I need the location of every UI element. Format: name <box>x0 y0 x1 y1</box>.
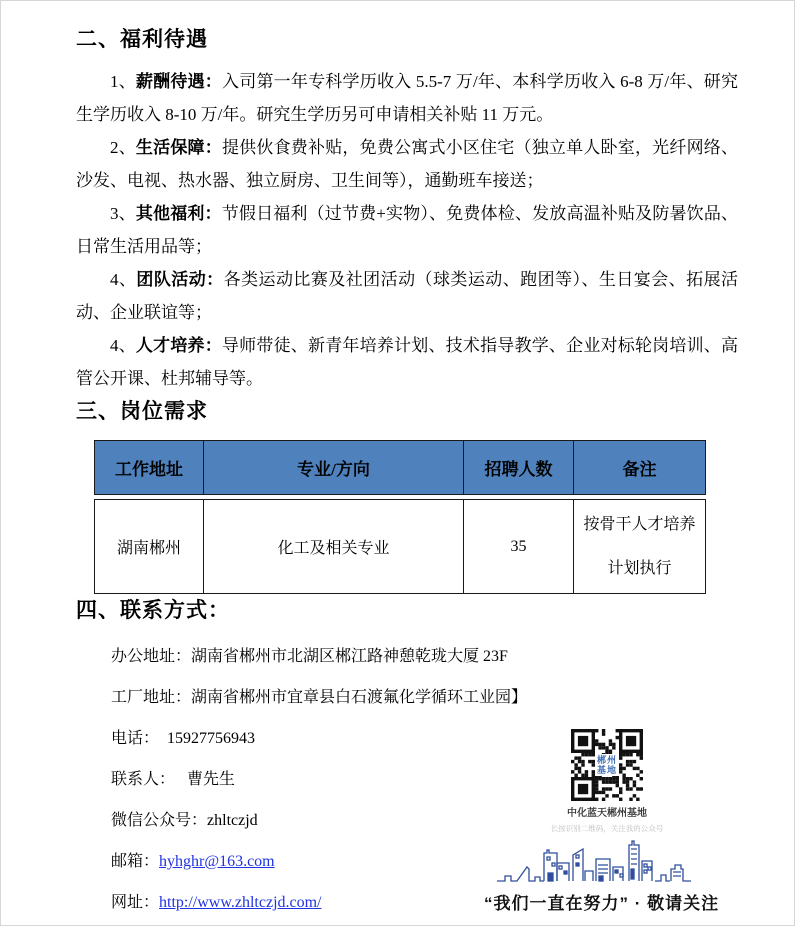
contact-email: 邮箱：hyhghr@163.com <box>111 841 551 882</box>
item-number: 3、 <box>110 204 136 223</box>
document-page: 二、福利待遇 1、薪酬待遇：入司第一年专科学历收入 5.5-7 万/年、本科学历… <box>1 1 795 926</box>
qr-center-line2: 基地 <box>597 765 617 775</box>
contact-value: 湖南省郴州市宜章县白石渡氟化学循环工业园】 <box>191 689 527 706</box>
positions-table: 工作地址 专业/方向 招聘人数 备注 湖南郴州 化工及相关专业 35 按骨干人才… <box>94 440 706 594</box>
wechat-qr-card: 郴州 基地 中化蓝天郴州基地 长按识别二维码，关注我的公众号 <box>539 729 675 833</box>
welfare-paragraph: 4、人才培养：导师带徒、新青年培养计划、技术指导教学、企业对标轮岗培训、高管公开… <box>76 329 738 395</box>
table-header-remark: 备注 <box>574 441 705 494</box>
contact-value: 湖南省郴州市北湖区郴江路神憩乾珑大厦 23F <box>191 648 508 665</box>
contact-person: 联系人： 曹先生 <box>111 759 551 800</box>
welfare-paragraph: 4、团队活动：各类运动比赛及社团活动（球类运动、跑团等）、生日宴会、拓展活动、企… <box>76 263 738 329</box>
section-title-welfare: 二、福利待遇 <box>76 23 738 55</box>
skyline-image <box>495 839 725 889</box>
contact-label: 网址： <box>111 894 159 911</box>
welfare-paragraph: 2、生活保障：提供伙食费补贴，免费公寓式小区住宅（独立单人卧室，光纤网络、沙发、… <box>76 131 738 197</box>
section-title-contact: 四、联系方式： <box>76 594 738 626</box>
contact-list: 办公地址：湖南省郴州市北湖区郴江路神憩乾珑大厦 23F 工厂地址：湖南省郴州市宜… <box>111 636 551 923</box>
contact-value: 15927756943 <box>159 730 255 747</box>
item-number: 2、 <box>110 138 136 157</box>
table-header-major: 专业/方向 <box>204 441 464 494</box>
qr-code: 郴州 基地 <box>571 729 643 801</box>
contact-value: zhltczjd <box>207 812 258 829</box>
contact-label: 办公地址： <box>111 648 191 665</box>
qr-subcaption: 长按识别二维码，关注我的公众号 <box>539 824 675 833</box>
city-skyline-graphic <box>495 839 725 894</box>
footer-slogan: “我们一直在努力” · 敬请关注 <box>484 889 784 914</box>
table-row: 湖南郴州 化工及相关专业 35 按骨干人才培养计划执行 <box>94 499 706 594</box>
contact-value: 曹先生 <box>175 771 235 788</box>
item-term: 生活保障： <box>136 138 222 157</box>
email-link[interactable]: hyhghr@163.com <box>159 853 275 870</box>
qr-center-label: 郴州 基地 <box>595 754 619 776</box>
table-cell-headcount: 35 <box>464 500 574 593</box>
contact-factory-address: 工厂地址：湖南省郴州市宜章县白石渡氟化学循环工业园】 <box>111 677 551 718</box>
section-title-positions: 三、岗位需求 <box>76 395 738 427</box>
contact-label: 微信公众号： <box>111 812 207 829</box>
item-term: 其他福利： <box>136 204 222 223</box>
table-cell-location: 湖南郴州 <box>95 500 204 593</box>
contact-office-address: 办公地址：湖南省郴州市北湖区郴江路神憩乾珑大厦 23F <box>111 636 551 677</box>
contact-phone: 电话： 15927756943 <box>111 718 551 759</box>
qr-caption: 中化蓝天郴州基地 <box>539 808 675 820</box>
table-cell-remark: 按骨干人才培养计划执行 <box>574 500 705 593</box>
welfare-paragraph: 3、其他福利：节假日福利（过节费+实物）、免费体检、发放高温补贴及防暑饮品、日常… <box>76 197 738 263</box>
item-term: 团队活动： <box>136 270 223 289</box>
item-number: 4、 <box>110 336 136 355</box>
item-number: 4、 <box>110 270 136 289</box>
contact-label: 邮箱： <box>111 853 159 870</box>
contact-label: 电话： <box>111 730 159 747</box>
item-number: 1、 <box>110 72 136 91</box>
contact-label: 工厂地址： <box>111 689 191 706</box>
contact-wechat: 微信公众号：zhltczjd <box>111 800 551 841</box>
qr-center-line1: 郴州 <box>597 755 617 765</box>
item-term: 薪酬待遇： <box>136 72 222 91</box>
welfare-paragraph: 1、薪酬待遇：入司第一年专科学历收入 5.5-7 万/年、本科学历收入 6-8 … <box>76 65 738 131</box>
table-header-location: 工作地址 <box>95 441 204 494</box>
website-link[interactable]: http://www.zhltczjd.com/ <box>159 894 321 911</box>
table-header-headcount: 招聘人数 <box>464 441 574 494</box>
table-header-row: 工作地址 专业/方向 招聘人数 备注 <box>94 440 706 495</box>
table-cell-major: 化工及相关专业 <box>204 500 464 593</box>
contact-label: 联系人： <box>111 771 175 788</box>
item-term: 人才培养： <box>136 336 222 355</box>
